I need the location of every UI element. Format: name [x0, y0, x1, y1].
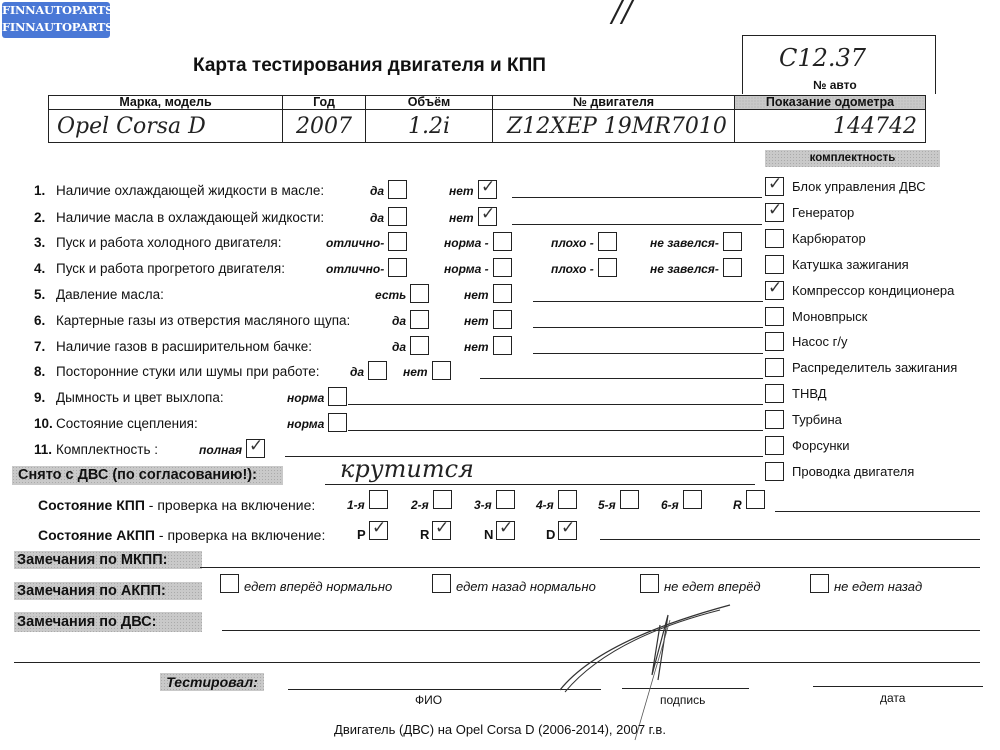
check-7-notes-line[interactable] — [533, 353, 763, 354]
completeness-item-label: Форсунки — [792, 438, 849, 453]
check-label-9: Дымность и цвет выхлопа: — [56, 390, 224, 405]
date-caption: дата — [880, 691, 905, 705]
check-label-1: Наличие охлаждающей жидкости в масле: — [56, 183, 324, 198]
kpp-gear-label: 6-я — [661, 498, 679, 512]
remarks-akpp-label: Замечания по АКПП: — [14, 582, 202, 600]
kpp-gear-4-checkbox[interactable] — [558, 490, 577, 509]
check-9-option-1-checkbox[interactable] — [328, 387, 347, 406]
option-label: полная — [199, 443, 242, 457]
check-9-notes-line[interactable] — [348, 404, 763, 405]
completeness-item-label: Карбюратор — [792, 231, 866, 246]
completeness-checkbox-8[interactable] — [765, 358, 784, 377]
checkmark-icon: ✓ — [435, 519, 449, 538]
removed-value[interactable]: крутится — [340, 455, 474, 483]
check-number: 3. — [34, 235, 45, 250]
check-10-option-1-checkbox[interactable] — [328, 413, 347, 432]
kpp-gear-2-checkbox[interactable] — [433, 490, 452, 509]
kpp-gear-label: 1-я — [347, 498, 365, 512]
check-11-notes-line[interactable] — [285, 456, 763, 457]
check-1-option-2-checkbox[interactable]: ✓ — [478, 180, 497, 199]
completeness-item-label: Генератор — [792, 205, 854, 220]
check-2-option-1-checkbox[interactable] — [388, 207, 407, 226]
option-label: нет — [449, 184, 474, 198]
akpp-gear-label: P — [357, 527, 366, 542]
check-number: 6. — [34, 313, 45, 328]
completeness-checkbox-12[interactable] — [765, 462, 784, 481]
akpp-gear-label: N — [484, 527, 493, 542]
check-label-5: Давление масла: — [56, 287, 164, 302]
check-7-option-1-checkbox[interactable] — [410, 336, 429, 355]
kpp-gear-7-checkbox[interactable] — [746, 490, 765, 509]
value-volume[interactable]: 1.2i — [366, 110, 493, 143]
completeness-item-label: Катушка зажигания — [792, 257, 909, 272]
value-year[interactable]: 2007 — [283, 110, 366, 143]
kpp-gear-label: 4-я — [536, 498, 554, 512]
completeness-item-label: Турбина — [792, 412, 842, 427]
option-label: есть — [375, 288, 406, 302]
checkmark-icon: ✓ — [768, 201, 782, 220]
check-10-notes-line[interactable] — [348, 430, 763, 431]
option-label: не завелся- — [650, 236, 719, 250]
completeness-item-label: Блок управления ДВС — [792, 179, 926, 194]
completeness-checkbox-2[interactable]: ✓ — [765, 203, 784, 222]
check-label-10: Состояние сцепления: — [56, 416, 198, 431]
option-label: да — [392, 340, 406, 354]
check-number: 5. — [34, 287, 45, 302]
akpp-gear-2-checkbox[interactable]: ✓ — [432, 521, 451, 540]
akpp-remark-option-label: не едет назад — [834, 579, 922, 594]
completeness-item-label: Моновпрыск — [792, 309, 867, 324]
completeness-item-label: Компрессор кондиционера — [792, 283, 954, 298]
option-label: плохо - — [551, 262, 594, 276]
completeness-item-label: Распределитель зажигания — [792, 360, 957, 375]
value-odometer[interactable]: 144742 — [735, 110, 926, 143]
check-number: 7. — [34, 339, 45, 354]
checkmark-icon: ✓ — [768, 279, 782, 298]
check-5-notes-line[interactable] — [533, 301, 763, 302]
auto-number-box: C12.37 № авто — [742, 35, 936, 94]
check-4-option-4-checkbox[interactable] — [723, 258, 742, 277]
col-volume: Объём — [366, 96, 493, 110]
option-label: нет — [464, 288, 489, 302]
kpp-line — [775, 511, 980, 512]
logo-line-2: FINNAUTOPARTS — [2, 19, 110, 36]
completeness-checkbox-3[interactable] — [765, 229, 784, 248]
akpp-remark-option-label: едет вперёд нормально — [244, 579, 392, 594]
akpp-gear-1-checkbox[interactable]: ✓ — [369, 521, 388, 540]
option-label: да — [370, 184, 384, 198]
akpp-remark-option-2-checkbox[interactable] — [432, 574, 451, 593]
checkmark-icon: ✓ — [768, 175, 782, 194]
akpp-label: Состояние АКПП - проверка на включение: — [38, 527, 325, 543]
check-label-8: Посторонние стуки или шумы при работе: — [56, 364, 320, 379]
akpp-remark-option-1-checkbox[interactable] — [220, 574, 239, 593]
option-label: отлично- — [326, 236, 384, 250]
option-label: нет — [403, 365, 428, 379]
check-number: 8. — [34, 364, 45, 379]
completeness-header: комплектность — [765, 150, 940, 167]
akpp-gear-4-checkbox[interactable]: ✓ — [558, 521, 577, 540]
top-scribble: // — [612, 0, 632, 29]
option-label: норма - — [444, 236, 489, 250]
option-label: норма - — [444, 262, 489, 276]
check-2-notes-line[interactable] — [512, 224, 762, 225]
remarks-mkpp-line[interactable] — [200, 567, 980, 568]
option-label: норма — [287, 391, 324, 405]
option-label: да — [392, 314, 406, 328]
page-title: Карта тестирования двигателя и КПП — [193, 55, 546, 77]
completeness-checkbox-11[interactable] — [765, 436, 784, 455]
kpp-gear-label: 2-я — [411, 498, 429, 512]
remarks-mkpp-label: Замечания по МКПП: — [14, 551, 202, 569]
completeness-item-label: Проводка двигателя — [792, 464, 914, 479]
completeness-checkbox-10[interactable] — [765, 410, 784, 429]
option-label: не завелся- — [650, 262, 719, 276]
completeness-checkbox-5[interactable]: ✓ — [765, 281, 784, 300]
check-4-option-2-checkbox[interactable] — [493, 258, 512, 277]
kpp-gear-1-checkbox[interactable] — [369, 490, 388, 509]
check-3-option-2-checkbox[interactable] — [493, 232, 512, 251]
col-odometer: Показание одометра — [735, 96, 926, 110]
option-label: нет — [464, 314, 489, 328]
check-number: 11. — [34, 442, 52, 457]
akpp-gear-label: D — [546, 527, 555, 542]
check-2-option-2-checkbox[interactable]: ✓ — [478, 207, 497, 226]
check-5-option-2-checkbox[interactable] — [493, 284, 512, 303]
check-label-2: Наличие масла в охлаждающей жидкости: — [56, 210, 324, 225]
completeness-checkbox-9[interactable] — [765, 384, 784, 403]
check-label-4: Пуск и работа прогретого двигателя: — [56, 261, 285, 276]
check-number: 2. — [34, 210, 45, 225]
checkmark-icon: ✓ — [499, 519, 513, 538]
remarks-dvs-label: Замечания по ДВС: — [14, 612, 202, 632]
option-label: плохо - — [551, 236, 594, 250]
check-3-option-1-checkbox[interactable] — [388, 232, 407, 251]
check-label-7: Наличие газов в расширительном бачке: — [56, 339, 312, 354]
kpp-gear-3-checkbox[interactable] — [496, 490, 515, 509]
akpp-remark-option-label: не едет вперёд — [664, 579, 761, 594]
akpp-gear-3-checkbox[interactable]: ✓ — [496, 521, 515, 540]
completeness-item-label: ТНВД — [792, 386, 827, 401]
check-3-option-4-checkbox[interactable] — [723, 232, 742, 251]
option-label: норма — [287, 417, 324, 431]
check-8-option-1-checkbox[interactable] — [368, 361, 387, 380]
check-number: 9. — [34, 390, 45, 405]
completeness-checkbox-4[interactable] — [765, 255, 784, 274]
kpp-gear-label: 5-я — [598, 498, 616, 512]
akpp-remark-option-3-checkbox[interactable] — [640, 574, 659, 593]
completeness-checkbox-7[interactable] — [765, 332, 784, 351]
option-label: отлично- — [326, 262, 384, 276]
value-engine-number[interactable]: Z12XEP 19MR7010 — [493, 110, 735, 143]
check-8-notes-line[interactable] — [480, 378, 763, 379]
check-number: 4. — [34, 261, 45, 276]
fio-caption: ФИО — [415, 693, 442, 707]
kpp-gear-5-checkbox[interactable] — [620, 490, 639, 509]
checkmark-icon: ✓ — [481, 205, 495, 224]
check-label-6: Картерные газы из отверстия масляного щу… — [56, 313, 350, 328]
option-label: нет — [449, 211, 474, 225]
completeness-checkbox-6[interactable] — [765, 307, 784, 326]
col-make-model: Марка, модель — [49, 96, 283, 110]
removed-line — [325, 484, 755, 485]
removed-label: Снято с ДВС (по согласованию!): — [12, 466, 283, 485]
check-label-3: Пуск и работа холодного двигателя: — [56, 235, 282, 250]
kpp-gear-6-checkbox[interactable] — [683, 490, 702, 509]
akpp-line — [600, 539, 980, 540]
check-6-option-1-checkbox[interactable] — [410, 310, 429, 329]
checkmark-icon: ✓ — [372, 519, 386, 538]
vehicle-info-table: Марка, модель Год Объём № двигателя Пока… — [48, 95, 926, 143]
kpp-label: Состояние КПП - проверка на включение: — [38, 497, 315, 513]
kpp-gear-label: 3-я — [474, 498, 492, 512]
watermark-logo: FINNAUTOPARTS FINNAUTOPARTS — [2, 2, 110, 38]
tested-by-label: Тестировал: — [160, 673, 264, 691]
check-5-option-1-checkbox[interactable] — [410, 284, 429, 303]
check-11-option-1-checkbox[interactable]: ✓ — [246, 439, 265, 458]
check-8-option-2-checkbox[interactable] — [432, 361, 451, 380]
check-1-notes-line[interactable] — [512, 197, 762, 198]
completeness-checkbox-1[interactable]: ✓ — [765, 177, 784, 196]
checkmark-icon: ✓ — [561, 519, 575, 538]
check-1-option-1-checkbox[interactable] — [388, 180, 407, 199]
logo-line-1: FINNAUTOPARTS — [2, 2, 110, 19]
kpp-gear-label: R — [733, 498, 742, 512]
col-year: Год — [283, 96, 366, 110]
check-number: 1. — [34, 183, 45, 198]
akpp-remark-option-label: едет назад нормально — [456, 579, 596, 594]
auto-number-label: № авто — [813, 78, 857, 92]
value-make-model[interactable]: Opel Corsa D — [49, 110, 283, 143]
image-caption: Двигатель (ДВС) на Opel Corsa D (2006-20… — [0, 722, 1000, 737]
check-3-option-3-checkbox[interactable] — [598, 232, 617, 251]
completeness-item-label: Насос г/у — [792, 334, 847, 349]
option-label: да — [370, 211, 384, 225]
check-7-option-2-checkbox[interactable] — [493, 336, 512, 355]
separator-line — [14, 662, 980, 663]
akpp-gear-label: R — [420, 527, 429, 542]
checkmark-icon: ✓ — [481, 178, 495, 197]
checkmark-icon: ✓ — [249, 437, 263, 456]
option-label: нет — [464, 340, 489, 354]
check-4-option-1-checkbox[interactable] — [388, 258, 407, 277]
check-number: 10. — [34, 416, 53, 431]
check-6-option-2-checkbox[interactable] — [493, 310, 512, 329]
option-label: да — [350, 365, 364, 379]
akpp-remark-option-4-checkbox[interactable] — [810, 574, 829, 593]
check-6-notes-line[interactable] — [533, 327, 763, 328]
check-label-11: Комплектность : — [56, 442, 158, 457]
date-line[interactable] — [813, 686, 983, 687]
col-engine-number: № двигателя — [493, 96, 735, 110]
auto-number-value[interactable]: C12.37 — [779, 44, 866, 72]
check-4-option-3-checkbox[interactable] — [598, 258, 617, 277]
